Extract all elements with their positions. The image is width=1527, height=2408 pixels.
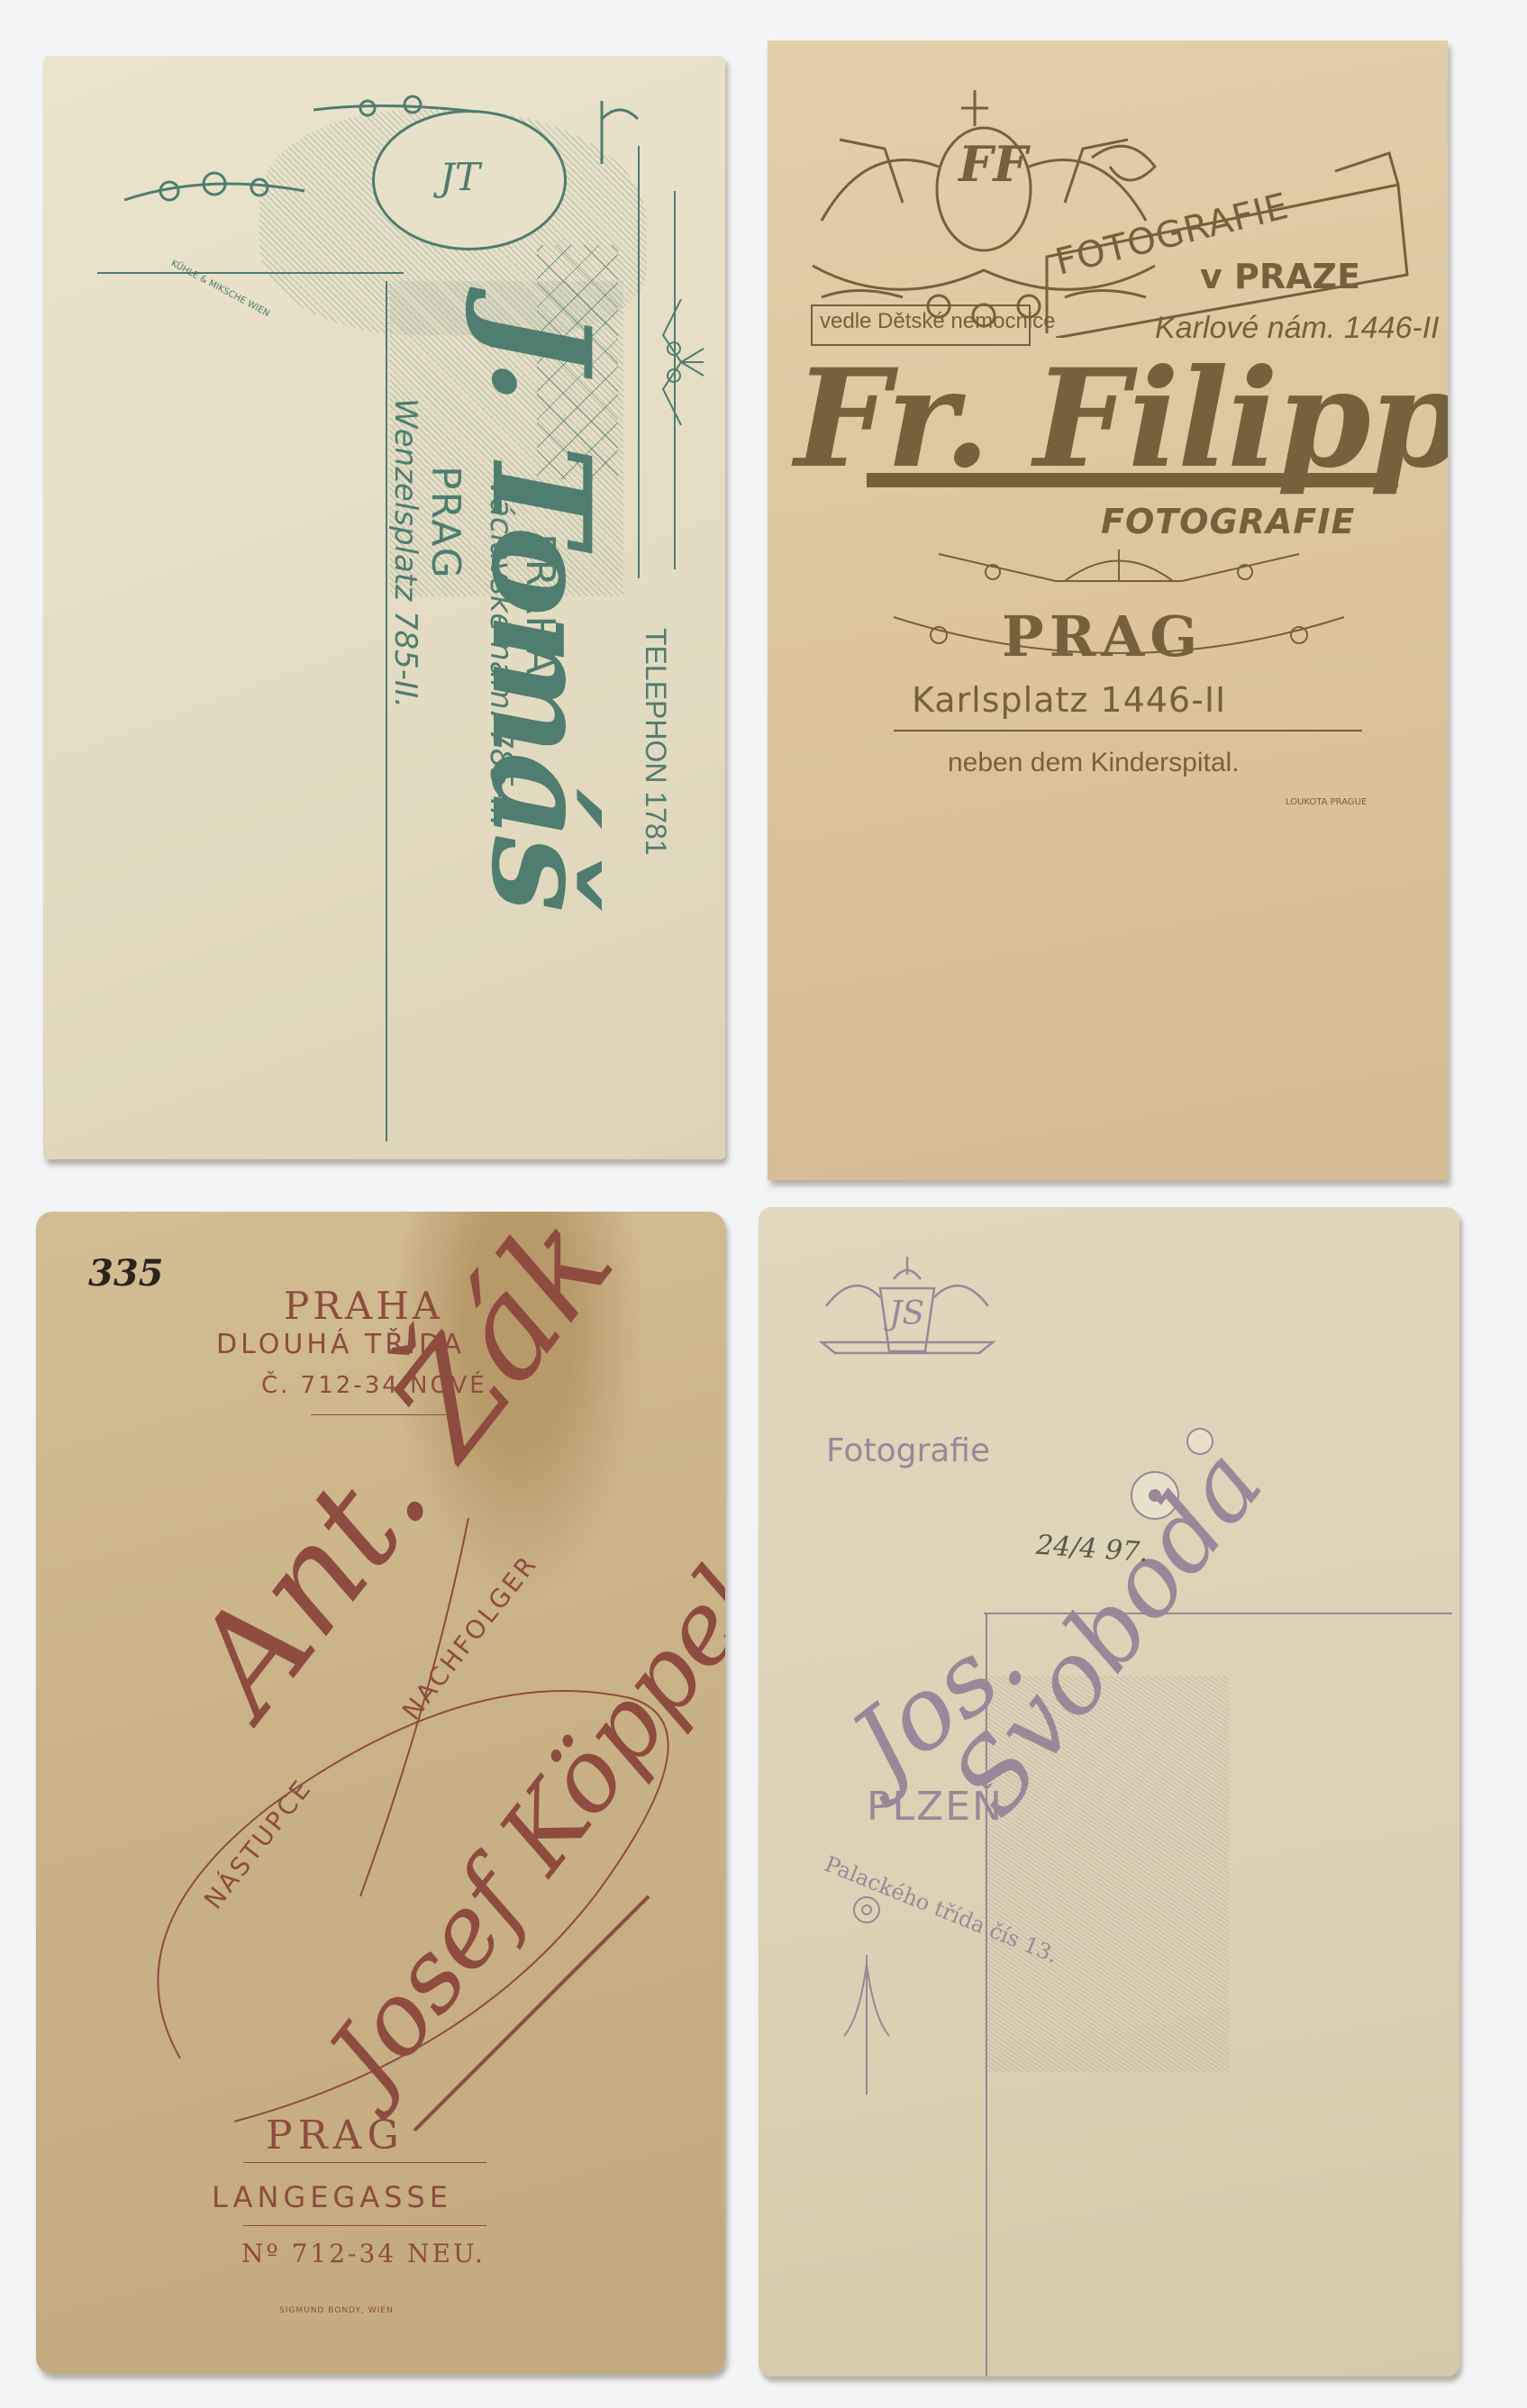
scroll-ornament-lower-icon xyxy=(885,608,1353,671)
location-note-czech: vedle Dětské nemocnice xyxy=(820,309,1055,334)
name-underline xyxy=(867,473,1398,487)
card-filipp: FF FOTOGRAFIE vedle Dětské nemocnice v P… xyxy=(768,41,1448,1180)
fotografie-label: Fotografie xyxy=(826,1432,990,1469)
floral-garland-icon xyxy=(97,92,674,236)
handwritten-number: 335 xyxy=(88,1252,164,1295)
city-czech: PRAHA xyxy=(517,533,563,677)
scroll-ornament-icon xyxy=(930,545,1308,599)
printer-credit: LOUKOTA PRAGUE xyxy=(1286,797,1367,807)
studio-name: Fr. Filipp xyxy=(795,351,1448,486)
number-german: Nº 712-34 NEU. xyxy=(241,2239,486,2268)
side-rule xyxy=(638,146,640,578)
printer-credit: SIGMUND BONDY, WIEN xyxy=(279,2306,394,2315)
card-tomas: JT J. Tomáš PRAHA Václavské nám. 785-II.… xyxy=(43,56,725,1159)
card-svoboda: JS Fotografie Jos. Svoboda 24/4 97. PLZE… xyxy=(759,1207,1459,2376)
address-german: Karlsplatz 1446-II xyxy=(912,680,1226,720)
pendant-ornament-icon xyxy=(840,1892,894,2099)
printer-credit: KÜHLE & MIKSCHE WIEN xyxy=(169,259,271,319)
frame-line-horizontal xyxy=(97,272,404,274)
palmette-ornament-icon xyxy=(654,299,708,425)
monogram: JS xyxy=(889,1295,924,1332)
location-note-german: neben dem Kinderspital. xyxy=(948,748,1240,778)
divider-rule xyxy=(894,730,1362,731)
divider-rule-mid xyxy=(243,2162,486,2163)
monogram: FF xyxy=(959,135,1028,193)
card-zak-koppel: 335 PRAHA DLOUHÁ TŘÍDA Č. 712-34 NOVÉ. A… xyxy=(36,1212,725,2374)
divider-rule-bottom xyxy=(243,2225,486,2226)
address-german: Wenzelsplatz 785-II. xyxy=(387,398,423,708)
city-czech: v PRAZE xyxy=(1200,257,1360,296)
city-german: PRAG xyxy=(423,466,468,580)
city: PLZEŇ xyxy=(867,1784,1004,1830)
street-german: LANGEGASSE xyxy=(212,2180,452,2214)
city-german: PRAG xyxy=(266,2113,404,2158)
address-czech: Václavské nám. 785-II. xyxy=(483,479,519,826)
telephone-number: TELEPHON 1781 xyxy=(639,628,672,856)
subtitle: FOTOGRAFIE xyxy=(1101,502,1355,541)
